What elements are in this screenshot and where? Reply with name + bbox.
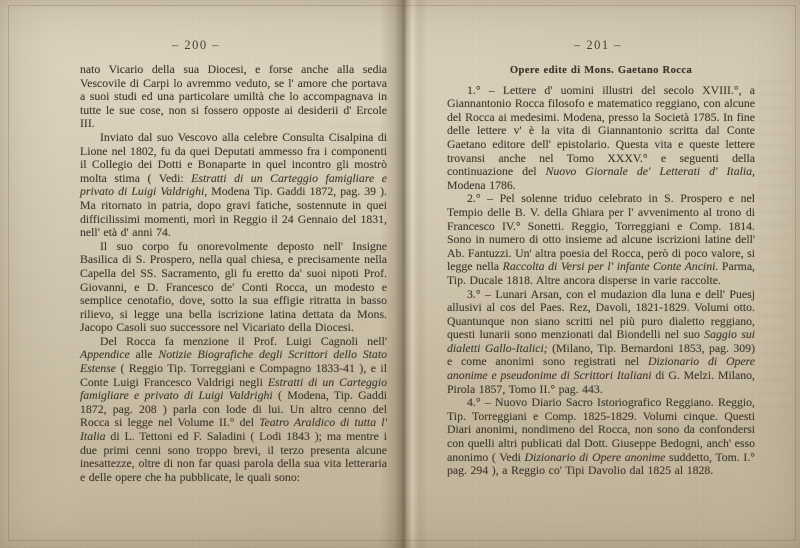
section-title: Opere edite di Mons. Gaetano Rocca — [447, 64, 755, 78]
text-segment: Modena 1786. — [447, 178, 516, 192]
list-item: 4.° – Nuovo Diario Sacro Istoriografico … — [447, 396, 755, 478]
paragraph: nato Vicario della sua Diocesi, e forse … — [80, 63, 387, 131]
paragraph: Inviato dal suo Vescovo alla celebre Con… — [80, 131, 387, 240]
paragraph: Del Rocca fa menzione il Prof. Luigi Cag… — [80, 335, 387, 485]
book-title-citation: Nuovo Giornale de' Letterati d' Italia, — [546, 164, 755, 178]
paragraph: Il suo corpo fu onorevolmente deposto ne… — [80, 240, 387, 335]
right-text-column: Opere edite di Mons. Gaetano Rocca 1.° –… — [447, 63, 755, 478]
text-segment: di L. Tettoni ed F. Saladini ( Lodi 1843… — [80, 429, 387, 484]
text-segment: Del Rocca fa menzione il Prof. Luigi Cag… — [100, 334, 387, 348]
left-text-column: nato Vicario della sua Diocesi, e forse … — [80, 63, 387, 484]
book-scan: – 200 – nato Vicario della sua Diocesi, … — [0, 0, 800, 548]
page-number-left: – 200 – — [36, 38, 356, 53]
book-title-citation: Raccolta di Versi per l' infante Conte A… — [503, 259, 719, 273]
page-left: – 200 – nato Vicario della sua Diocesi, … — [0, 0, 398, 548]
page-right: – 201 – Opere edite di Mons. Gaetano Roc… — [398, 0, 800, 548]
text-segment: nato Vicario della sua Diocesi, e forse … — [80, 62, 387, 130]
page-number-right: – 201 – — [448, 38, 748, 53]
book-title-citation: Appendice — [80, 347, 130, 361]
book-title-citation: Dizionario di Opere anonime — [525, 450, 666, 464]
list-item: 3.° – Lunari Arsan, con el mudazion dla … — [447, 288, 755, 397]
list-item: 2.° – Pel solenne triduo celebrato in S.… — [447, 192, 755, 287]
text-segment: alle — [130, 347, 159, 361]
text-segment: Il suo corpo fu onorevolmente deposto ne… — [80, 239, 387, 335]
list-item: 1.° – Lettere d' uomini illustri del sec… — [447, 84, 755, 193]
